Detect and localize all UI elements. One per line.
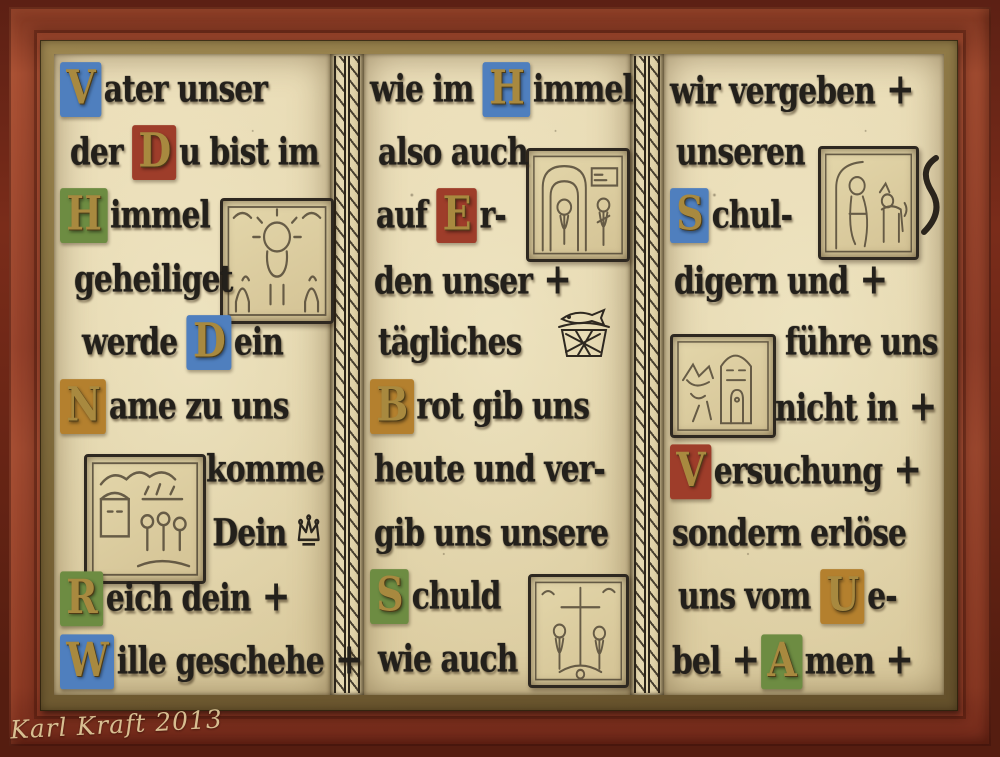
prayer-text: nicht in xyxy=(775,386,907,430)
illuminated-initial: W xyxy=(60,635,114,690)
prayer-text: men xyxy=(805,639,884,683)
illuminated-initial: D xyxy=(187,315,231,370)
cross-mark: + xyxy=(335,634,363,684)
line-text: der Du bist im xyxy=(70,130,319,174)
prayer-text: wie auch xyxy=(378,637,517,681)
prayer-text: digern und xyxy=(674,259,858,303)
line-text: also auch xyxy=(378,130,528,174)
line-text: Name zu uns xyxy=(60,383,289,427)
prayer-text: ein xyxy=(234,320,283,364)
illuminated-initial: H xyxy=(60,189,107,244)
line-text: wie auch xyxy=(378,637,517,681)
line-text: heute und ver- xyxy=(374,447,605,491)
crown-icon xyxy=(293,513,324,558)
prayer-text-line: Himmel xyxy=(54,185,330,245)
prayer-text: den unser xyxy=(374,259,541,303)
line-text: werde Dein xyxy=(82,320,283,364)
illuminated-initial: R xyxy=(60,571,103,626)
illuminated-initial: H xyxy=(483,62,530,117)
prayer-text: r- xyxy=(480,193,506,237)
prayer-text: eich dein xyxy=(106,576,260,620)
prayer-text: chuld xyxy=(412,574,501,618)
prayer-text-line: wie auch xyxy=(364,629,630,689)
prayer-text: uns vom xyxy=(678,574,820,618)
prayer-text-line: Versuchung + xyxy=(664,439,944,499)
prayer-text-line: Dein xyxy=(54,502,330,562)
cross-mark: + xyxy=(859,253,887,303)
illuminated-initial: S xyxy=(370,569,409,624)
line-text: auf Er- xyxy=(376,193,506,237)
prayer-text-line: geheiliget xyxy=(54,248,330,308)
prayer-text-line: Schuld xyxy=(364,566,630,626)
line-text: Himmel xyxy=(60,193,210,237)
prayer-text: tägliches xyxy=(378,320,521,364)
prayer-text: wir vergeben xyxy=(670,68,884,112)
prayer-text: geheiliget xyxy=(74,256,232,300)
illuminated-initial: V xyxy=(670,445,711,500)
prayer-text: wie im xyxy=(370,66,483,110)
line-text: uns vom Ue- xyxy=(678,574,897,618)
prayer-text: auf xyxy=(376,193,436,237)
plaque-panels: Vater unserder Du bist imHimmelgeheilige… xyxy=(54,54,944,695)
prayer-text: unseren xyxy=(676,130,805,174)
prayer-text: ille geschehe xyxy=(117,639,333,683)
line-text: Dein xyxy=(212,510,324,555)
prayer-text-line: gib uns unsere xyxy=(364,502,630,562)
prayer-text-line: sondern erlöse xyxy=(664,502,944,562)
illuminated-initial: B xyxy=(370,379,414,434)
prayer-text: sondern erlöse xyxy=(672,510,906,554)
cross-mark: + xyxy=(893,443,921,493)
line-text: Brot gib uns xyxy=(370,383,589,427)
line-text: gib uns unsere xyxy=(374,510,608,554)
illuminated-initial: U xyxy=(820,569,865,624)
prayer-text: führe uns xyxy=(785,320,938,364)
line-text: Vater unser xyxy=(60,66,267,110)
line-text: Wille geschehe + xyxy=(60,634,364,684)
prayer-text: also auch xyxy=(378,130,528,174)
prayer-text-line: heute und ver- xyxy=(364,439,630,499)
prayer-text: immel xyxy=(533,66,633,110)
prayer-text-line: werde Dein xyxy=(54,312,330,372)
prayer-text: ater unser xyxy=(104,66,267,110)
prayer-text-line: Wille geschehe + xyxy=(54,629,330,689)
prayer-text-line: Vater unser xyxy=(54,58,330,118)
prayer-text: rot gib uns xyxy=(416,383,589,427)
panel-middle: wie im Himmelalso auchauf Er-den unser +… xyxy=(364,54,630,695)
line-text: bel +Amen + xyxy=(672,634,915,684)
line-text: Schuld xyxy=(370,574,501,618)
illuminated-initial: N xyxy=(60,379,106,434)
line-text: führe uns xyxy=(785,320,938,364)
prayer-text: heute und ver- xyxy=(374,447,605,491)
line-text: geheiliget xyxy=(74,256,232,300)
prayer-text: u bist im xyxy=(179,130,318,174)
illuminated-initial: E xyxy=(436,189,477,244)
prayer-text-line: also auch xyxy=(364,121,630,181)
cross-mark: + xyxy=(543,253,571,303)
prayer-text-line: bel +Amen + xyxy=(664,629,944,689)
prayer-text-line: unseren xyxy=(664,121,944,181)
panel-divider xyxy=(330,54,364,695)
line-text: Versuchung + xyxy=(670,443,923,493)
prayer-text: ame zu uns xyxy=(109,383,289,427)
prayer-text-line: Name zu uns xyxy=(54,375,330,435)
line-text: unseren xyxy=(676,130,805,174)
line-text: sondern erlöse xyxy=(672,510,906,554)
line-text: Reich dein + xyxy=(60,570,291,620)
cross-mark: + xyxy=(886,63,914,113)
prayer-text-line: Schul- xyxy=(664,185,944,245)
prayer-text: e- xyxy=(867,574,896,618)
prayer-text: gib uns unsere xyxy=(374,510,608,554)
illuminated-initial: D xyxy=(132,125,176,180)
panel-right: wir vergeben +unserenSchul-digern und +f… xyxy=(664,54,944,695)
illuminated-initial: V xyxy=(60,62,101,117)
prayer-text-line: auf Er- xyxy=(364,185,630,245)
prayer-text-line: wir vergeben + xyxy=(664,58,944,118)
prayer-text-line: uns vom Ue- xyxy=(664,566,944,626)
line-text: digern und + xyxy=(674,253,889,303)
prayer-text: immel xyxy=(110,193,210,237)
prayer-text: ersuchung xyxy=(714,449,892,493)
prayer-text: bel xyxy=(672,639,730,683)
prayer-text: werde xyxy=(82,320,187,364)
prayer-text: der xyxy=(70,130,132,174)
cross-mark: + xyxy=(262,570,290,620)
cross-mark: + xyxy=(731,634,759,684)
cross-mark: + xyxy=(885,634,913,684)
prayer-text-line: den unser + xyxy=(364,248,630,308)
line-text: wir vergeben + xyxy=(670,63,916,113)
prayer-text-line: der Du bist im xyxy=(54,121,330,181)
prayer-text-line: digern und + xyxy=(664,248,944,308)
prayer-text-line: wie im Himmel xyxy=(364,58,630,118)
framed-prayer-plaque-photo: Vater unserder Du bist imHimmelgeheilige… xyxy=(0,0,1000,757)
prayer-text-line: führe uns xyxy=(664,312,944,372)
panel-left: Vater unserder Du bist imHimmelgeheilige… xyxy=(54,54,330,695)
prayer-text-line: tägliches xyxy=(364,312,630,372)
illuminated-initial: S xyxy=(670,189,709,244)
line-text: den unser + xyxy=(374,253,573,303)
panel-divider xyxy=(630,54,664,695)
prayer-text: Dein xyxy=(212,511,286,555)
line-text: wie im Himmel xyxy=(370,66,633,110)
prayer-text-line: Reich dein + xyxy=(54,566,330,626)
illuminated-initial: A xyxy=(761,635,802,690)
line-text: komme xyxy=(206,447,324,491)
line-text: nicht in + xyxy=(775,380,938,430)
line-text: tägliches xyxy=(378,320,521,364)
prayer-text-line: komme xyxy=(54,439,330,499)
line-text: Schul- xyxy=(670,193,792,237)
cross-mark: + xyxy=(908,380,936,430)
prayer-text-line: Brot gib uns xyxy=(364,375,630,435)
prayer-text-line: nicht in + xyxy=(664,375,944,435)
prayer-text: komme xyxy=(206,447,324,491)
prayer-text: chul- xyxy=(712,193,792,237)
